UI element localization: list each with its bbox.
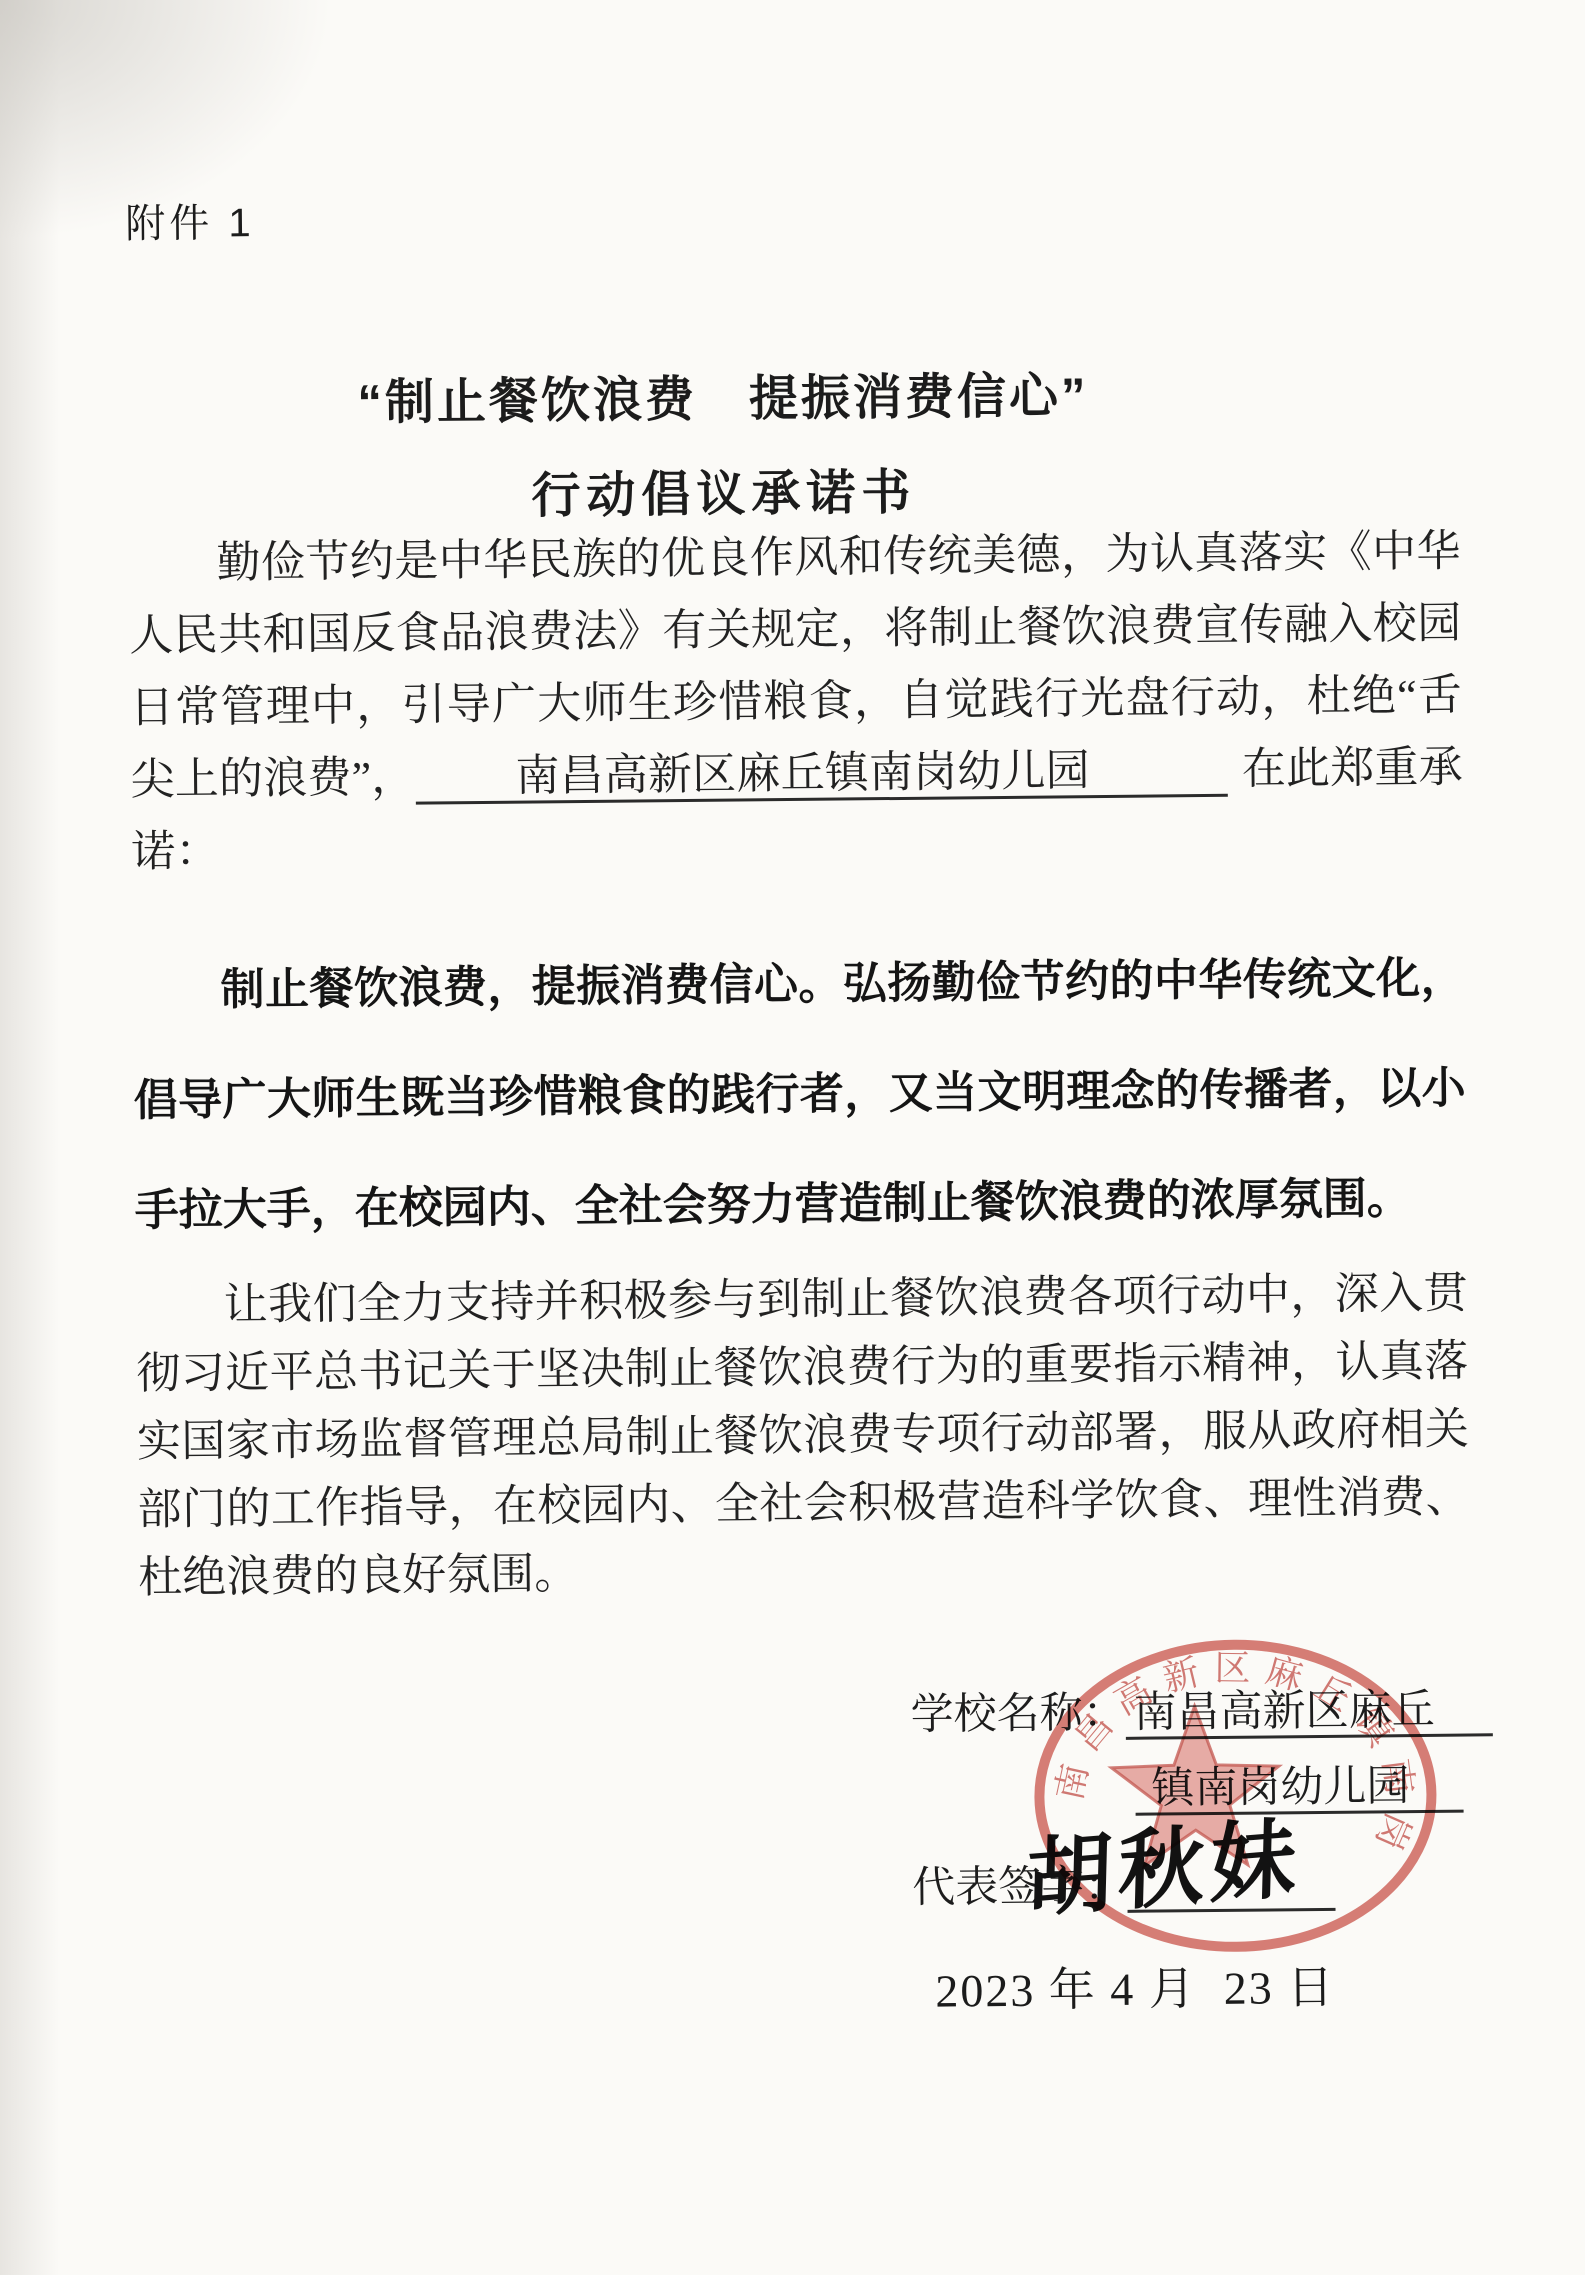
school-name-fill: 南昌高新区麻丘镇南岗幼儿园: [415, 745, 1228, 805]
document-page: 附件 1 “制止餐饮浪费 提振消费信心” 行动倡议承诺书 勤俭节约是中华民族的优…: [0, 0, 1585, 2275]
date-line: 2023 年 4 月 23 日: [935, 1951, 1336, 2021]
paragraph-opening: 勤俭节约是中华民族的优良作风和传统美德，为认真落实《中华人民共和国反食品浪费法》…: [128, 516, 1463, 889]
school-name-row2: 镇南岗幼儿园: [1135, 1752, 1464, 1816]
school-name-label: 学校名称：: [910, 1690, 1125, 1739]
paragraph-action: 让我们全力支持并积极参与到制止餐饮浪费各项行动中，深入贯彻习近平总书记关于坚决制…: [135, 1260, 1470, 1613]
attachment-label: 附件 1: [125, 191, 255, 249]
document-content: 附件 1 “制止餐饮浪费 提振消费信心” 行动倡议承诺书 勤俭节约是中华民族的优…: [0, 0, 1585, 2275]
paragraph-pledge: 制止餐饮浪费，提振消费信心。弘扬勤俭节约的中华传统文化，倡导广大师生既当珍惜粮食…: [132, 924, 1467, 1267]
doc-title-line1: “制止餐饮浪费 提振消费信心”: [58, 354, 1389, 437]
school-name-row: 学校名称：南昌高新区麻丘: [910, 1675, 1493, 1742]
school-name-line1: 南昌高新区麻丘: [1125, 1686, 1492, 1740]
